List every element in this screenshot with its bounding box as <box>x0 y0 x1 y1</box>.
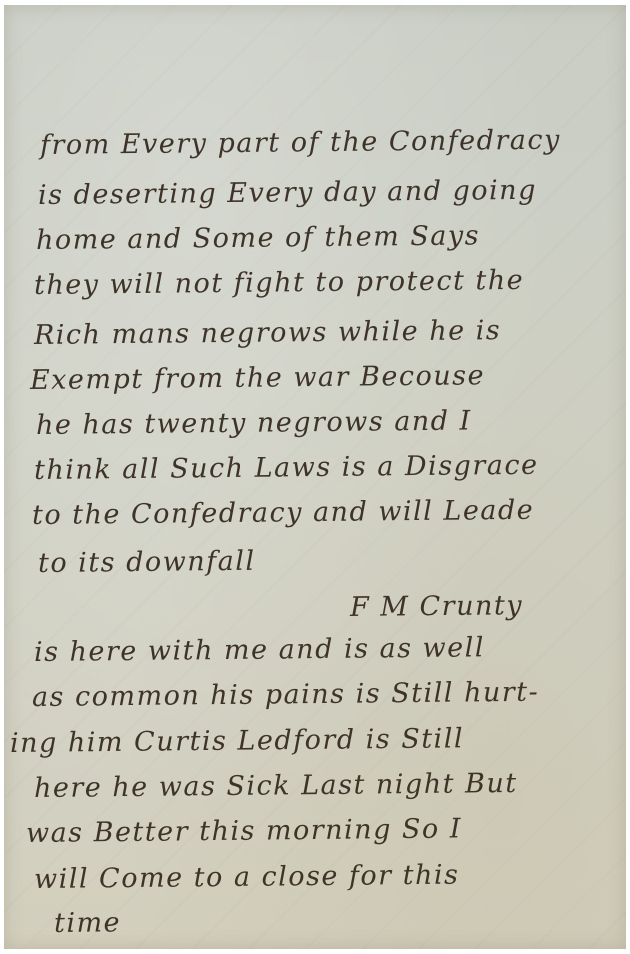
letter-line: here he was Sick Last night But <box>34 768 518 804</box>
letter-line: ing him Curtis Ledford is Still <box>10 723 464 759</box>
letter-line: they will not fight to protect the <box>34 265 525 301</box>
letter-line: is deserting Every day and going <box>38 175 537 211</box>
letter-line: from Every part of the Confedracy <box>40 125 561 161</box>
letter-line: think all Such Laws is a Disgrace <box>34 450 539 486</box>
letter-line: to the Confedracy and will Leade <box>32 495 535 531</box>
letter-line: was Better this morning So I <box>26 813 462 849</box>
letter-line: Rich mans negrows while he is <box>34 315 502 351</box>
letter-page: from Every part of the Confedracy is des… <box>0 0 630 954</box>
letter-line: time <box>54 907 121 939</box>
letter-line-name: F M Crunty <box>350 590 523 623</box>
letter-line: he has twenty negrows and I <box>36 405 472 441</box>
letter-line: will Come to a close for this <box>34 860 460 895</box>
letter-line: Exempt from the war Becouse <box>30 360 485 396</box>
letter-line: to its downfall <box>38 546 256 579</box>
letter-line: home and Some of them Says <box>36 220 480 256</box>
letter-line: as common his pains is Still hurt- <box>32 677 540 713</box>
letter-line: is here with me and is as well <box>34 632 485 668</box>
